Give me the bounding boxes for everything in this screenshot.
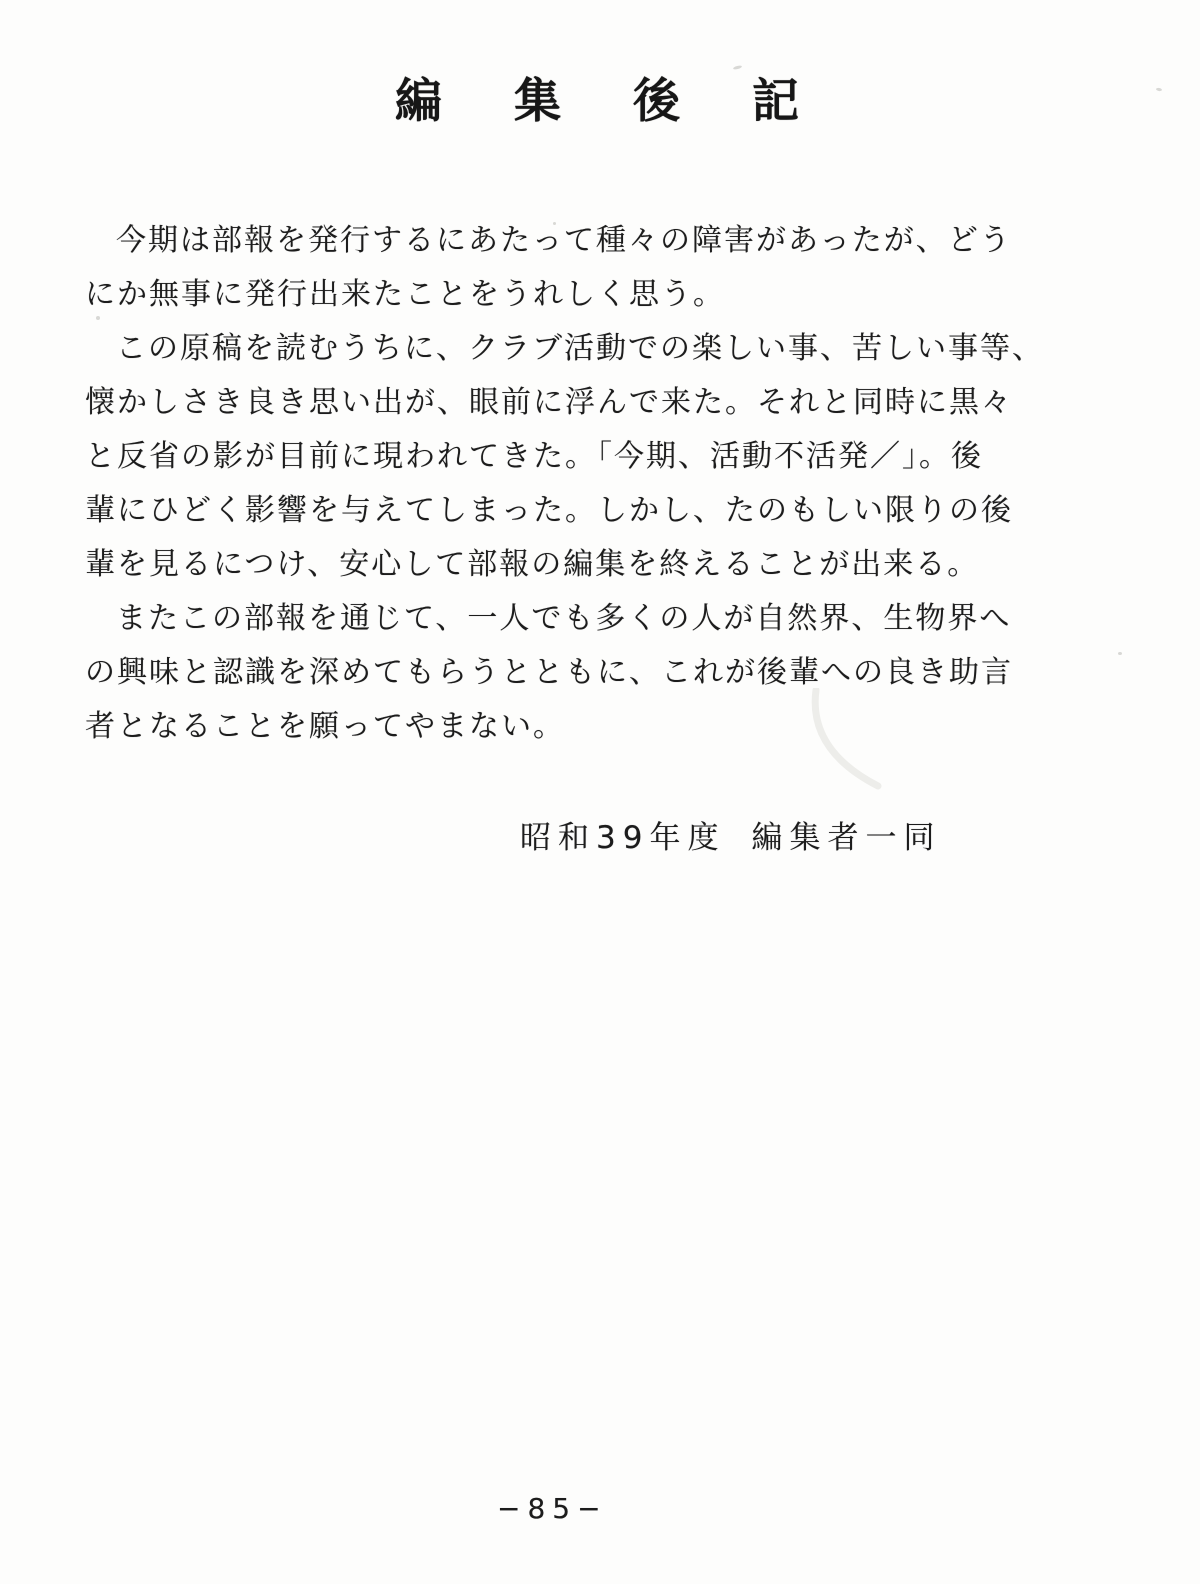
body-line: の興味と認識を深めてもらうとともに、これが後輩への良き助言 [85, 646, 1095, 700]
signature-year: 昭和39年度 [520, 820, 725, 856]
body-line: にか無事に発行出来たことをうれしく思う。 [85, 268, 1095, 322]
body-line: と反省の影が目前に現われてきた。「今期、活動不活発／」。後 [85, 430, 1095, 484]
page-number: −85− [497, 1492, 608, 1525]
signature-editors: 編集者一同 [751, 820, 941, 856]
body-line: 懐かしさき良き思い出が、眼前に浮んで来た。それと同時に黒々 [85, 376, 1095, 430]
body-line: 者となることを願ってやまない。 [85, 700, 1095, 754]
signature-line: 昭和39年度編集者一同 [520, 812, 941, 857]
body-text: 今期は部報を発行するにあたって種々の障害があったが、どうにか無事に発行出来たこと… [85, 214, 1095, 754]
body-line: 今期は部報を発行するにあたって種々の障害があったが、どう [85, 214, 1095, 268]
body-line: またこの部報を通じて、一人でも多くの人が自然界、生物界へ [85, 592, 1095, 646]
page-title: 編集後記 [395, 64, 871, 131]
body-line: 輩にひどく影響を与えてしまった。しかし、たのもしい限りの後 [85, 484, 1095, 538]
body-line: 輩を見るにつけ、安心して部報の編集を終えることが出来る。 [85, 538, 1095, 592]
scan-speck [1156, 88, 1162, 92]
body-line: この原稿を読むうちに、クラブ活動での楽しい事、苦しい事等、 [85, 322, 1095, 376]
scan-speck [1118, 652, 1122, 655]
scanned-document-page: 編集後記 今期は部報を発行するにあたって種々の障害があったが、どうにか無事に発行… [0, 0, 1200, 1584]
